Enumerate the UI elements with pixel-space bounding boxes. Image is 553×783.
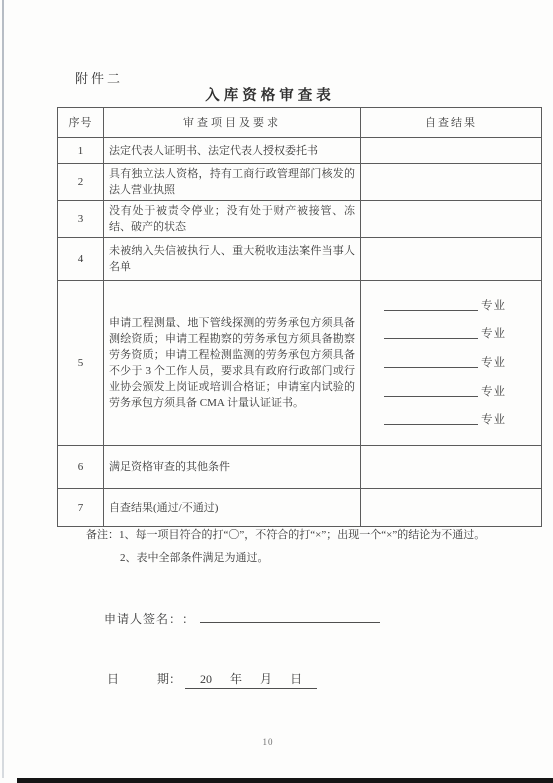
specialty-blank-line (384, 396, 478, 397)
table-row: 2 具有独立法人资格，持有工商行政管理部门核发的法人营业执照 (58, 164, 542, 201)
qualification-review-table: 序号 审查项目及要求 自查结果 1 法定代表人证明书、法定代表人授权委托书 2 … (57, 107, 542, 527)
index-cell: 2 (58, 164, 104, 201)
specialty-label: 专业 (481, 355, 506, 371)
item-cell: 法定代表人证明书、法定代表人授权委托书 (104, 138, 361, 164)
specialty-line: 专业 (366, 412, 536, 428)
signature-blank-line (200, 610, 380, 623)
date-blank-line: 20年月日 (185, 670, 317, 689)
table-row: 7 自查结果(通过/不通过) (58, 489, 542, 527)
scan-edge-artifact (2, 0, 4, 778)
item-cell: 未被纳入失信被执行人、重大税收违法案件当事人名单 (104, 238, 361, 281)
date-day-label: 日 (290, 672, 302, 686)
date-label-ri: 日 (107, 672, 119, 686)
date-label-qi: 期： (157, 672, 181, 686)
specialty-label: 专业 (481, 384, 506, 400)
header-result: 自查结果 (361, 108, 542, 138)
applicant-signature-label: 申请人签名： (104, 612, 176, 626)
result-cell (361, 138, 542, 164)
item-cell: 满足资格审查的其他条件 (104, 446, 361, 489)
item-cell: 申请工程测量、地下管线探测的劳务承包方须具备测绘资质；申请工程勘察的劳务承包方须… (104, 281, 361, 446)
item-cell: 没有处于被责令停业；没有处于财产被接管、冻结、破产的状态 (104, 201, 361, 238)
specialty-line: 专业 (366, 298, 536, 314)
specialty-label: 专业 (481, 326, 506, 342)
specialty-lines: 专业 专业 专业 专业 (366, 283, 536, 443)
document-page: 附件二 入库资格审查表 序号 审查项目及要求 自查结果 1 法定代表人证明书、法… (0, 0, 553, 783)
notes-label: 备注： (86, 527, 119, 543)
specialty-line: 专业 (366, 384, 536, 400)
note-line-2: 2、表中全部条件满足为通过。 (120, 550, 526, 566)
table-header-row: 序号 审查项目及要求 自查结果 (58, 108, 542, 138)
result-cell (361, 201, 542, 238)
table-row: 4 未被纳入失信被执行人、重大税收违法案件当事人名单 (58, 238, 542, 281)
specialty-blank-line (384, 338, 478, 339)
form-title: 入库资格审查表 (0, 84, 540, 105)
result-cell (361, 489, 542, 527)
table-row: 3 没有处于被责令停业；没有处于财产被接管、冻结、破产的状态 (58, 201, 542, 238)
index-cell: 3 (58, 201, 104, 238)
note-line-1: 备注：1、每一项目符合的打“〇”，不符合的打“×”；出现一个“×”的结论为不通过… (86, 527, 526, 543)
index-cell: 1 (58, 138, 104, 164)
result-cell (361, 164, 542, 201)
specialty-line: 专业 (366, 355, 536, 371)
specialty-label: 专业 (481, 298, 506, 314)
scan-bottom-bar-artifact (17, 778, 553, 783)
header-index: 序号 (58, 108, 104, 138)
notes-block: 备注：1、每一项目符合的打“〇”，不符合的打“×”；出现一个“×”的结论为不通过… (86, 527, 526, 566)
specialty-blank-line (384, 367, 478, 368)
applicant-signature-row: 申请人签名：： (104, 610, 380, 627)
specialty-line: 专业 (366, 326, 536, 342)
index-cell: 5 (58, 281, 104, 446)
result-cell (361, 238, 542, 281)
note-1-text: 1、每一项目符合的打“〇”，不符合的打“×”；出现一个“×”的结论为不通过。 (119, 527, 485, 543)
page-number: 10 (248, 737, 288, 747)
date-year-prefix: 20 (200, 672, 212, 686)
specialty-blank-line (384, 424, 478, 425)
item-cell: 自查结果(通过/不通过) (104, 489, 361, 527)
date-month-label: 月 (260, 672, 272, 686)
specialty-label: 专业 (481, 412, 506, 428)
result-cell: 专业 专业 专业 专业 (361, 281, 542, 446)
signature-second-colon: ： (182, 612, 195, 626)
header-item: 审查项目及要求 (104, 108, 361, 138)
table-row: 5 申请工程测量、地下管线探测的劳务承包方须具备测绘资质；申请工程勘察的劳务承包… (58, 281, 542, 446)
index-cell: 7 (58, 489, 104, 527)
item-cell: 具有独立法人资格，持有工商行政管理部门核发的法人营业执照 (104, 164, 361, 201)
specialty-blank-line (384, 310, 478, 311)
result-cell (361, 446, 542, 489)
index-cell: 4 (58, 238, 104, 281)
date-row: 日期：20年月日 (107, 670, 317, 689)
index-cell: 6 (58, 446, 104, 489)
table-row: 6 满足资格审查的其他条件 (58, 446, 542, 489)
date-year-label: 年 (230, 672, 242, 686)
table-row: 1 法定代表人证明书、法定代表人授权委托书 (58, 138, 542, 164)
